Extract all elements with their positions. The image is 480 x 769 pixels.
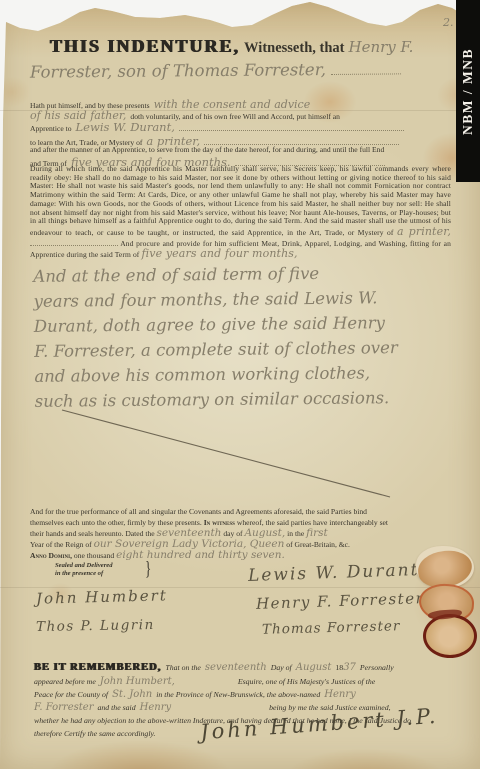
printed-text: appeared before me xyxy=(34,677,96,686)
anno-domini-smallcaps: Anno Domini, xyxy=(30,551,72,560)
printed-text: in the Province of New-Brunswick, the ab… xyxy=(156,690,320,699)
printed-text: and the said xyxy=(97,703,135,712)
named-handwritten: Henry xyxy=(324,689,356,700)
printed-text: therefore Certify the same accordingly. xyxy=(34,729,155,738)
void-strike-line xyxy=(0,0,480,769)
printed-text: Esquire, one of His Majesty's Justices o… xyxy=(238,677,375,686)
county-handwritten: St. John xyxy=(112,689,152,700)
printed-text: of Great-Britain, &c. xyxy=(286,540,350,549)
sealed-delivered-text: Sealed and Delivered xyxy=(55,562,113,570)
printed-text: That on the xyxy=(165,663,201,672)
wax-seal-bottom xyxy=(423,614,477,658)
printed-text: their hands and seals hereunto. Dated th… xyxy=(30,529,155,538)
reign-year-handwritten: first xyxy=(306,527,328,539)
printed-text: whereof, the said parties have interchan… xyxy=(237,518,388,527)
blank-space xyxy=(175,703,265,710)
printed-text: day of xyxy=(223,529,242,538)
printed-text: Day of xyxy=(271,663,292,672)
printed-text: Personally xyxy=(360,663,394,672)
printed-text: themselves each unto the other, firmly b… xyxy=(30,518,202,527)
printed-text: And for the true performance of all and … xyxy=(30,507,367,516)
attestation-brace: } xyxy=(145,557,151,581)
signature-witness-1: John Humbert xyxy=(36,586,168,607)
printed-text: Year of the Reign of xyxy=(30,540,92,549)
said-handwritten: Henry xyxy=(140,702,172,713)
year-handwritten: 37 xyxy=(343,662,356,673)
signature-witness-2: Thos P. Lugrin xyxy=(36,617,155,635)
witness-clause: And for the true performance of all and … xyxy=(30,507,454,561)
month-handwritten: August xyxy=(296,662,332,673)
printed-text: in the xyxy=(287,529,304,538)
presence-text: in the presence of xyxy=(55,570,113,578)
named-handwritten: F. Forrester xyxy=(34,702,93,713)
scanned-indenture-document: NBM / MNB 2. THIS INDENTURE, Witnesseth,… xyxy=(0,0,480,769)
in-witness-smallcaps: In witness xyxy=(204,518,235,527)
attestation-block: Sealed and Delivered in the presence of xyxy=(55,562,113,577)
blank-space xyxy=(179,677,234,684)
year-handwritten: eight hundred and thirty seven. xyxy=(116,549,285,561)
printed-text: one thousand xyxy=(74,551,114,560)
